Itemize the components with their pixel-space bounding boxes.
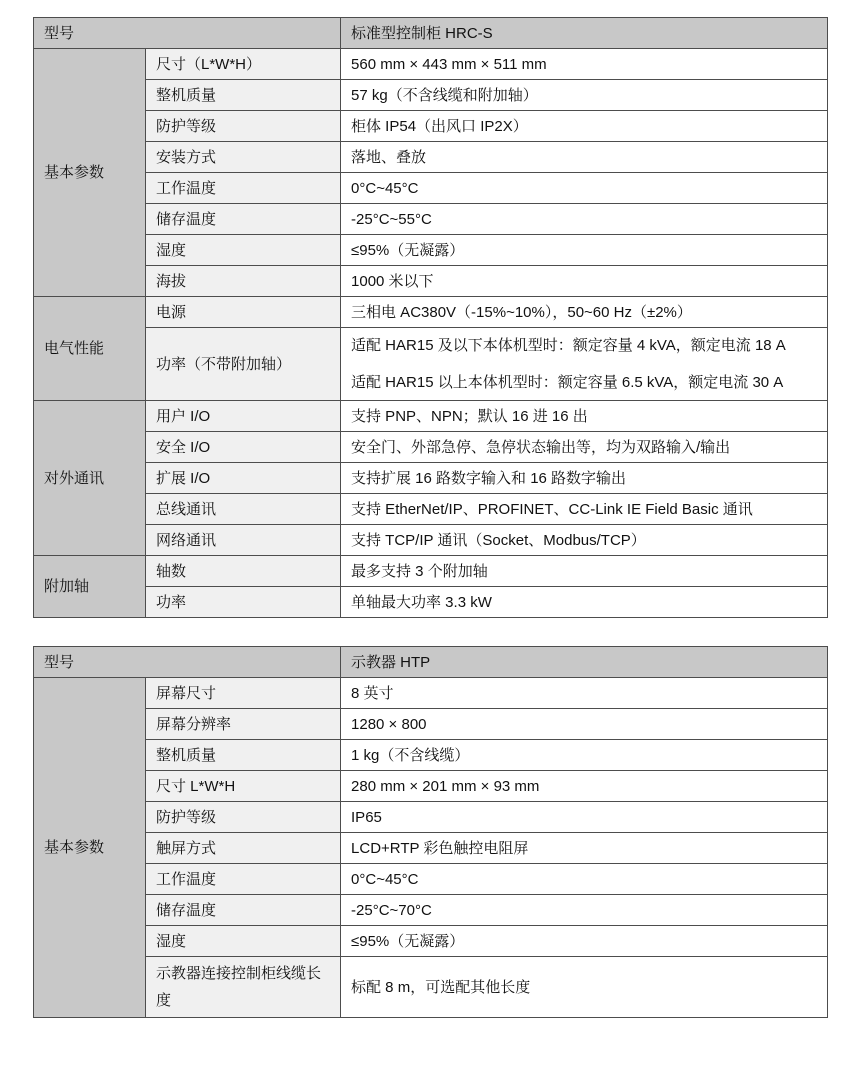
param-value: LCD+RTP 彩色触控电阻屏 [341, 833, 828, 864]
table-row: 电气性能电源三相电 AC380V（-15%~10%），50~60 Hz（±2%） [34, 297, 828, 328]
param-label: 工作温度 [146, 864, 341, 895]
param-value: ≤95%（无凝露） [341, 926, 828, 957]
param-label: 尺寸 L*W*H [146, 771, 341, 802]
table-row: 工作温度0°C~45°C [34, 864, 828, 895]
param-label: 工作温度 [146, 173, 341, 204]
param-value: 57 kg（不含线缆和附加轴） [341, 80, 828, 111]
model-header-label: 型号 [34, 647, 341, 678]
param-value: 1 kg（不含线缆） [341, 740, 828, 771]
table-row: 功率单轴最大功率 3.3 kW [34, 587, 828, 618]
spec-tables: 型号标准型控制柜 HRC-S基本参数尺寸（L*W*H）560 mm × 443 … [33, 17, 827, 1018]
table-row: 工作温度0°C~45°C [34, 173, 828, 204]
param-value: 标配 8 m，可选配其他长度 [341, 957, 828, 1018]
spec-document-page: 型号标准型控制柜 HRC-S基本参数尺寸（L*W*H）560 mm × 443 … [0, 0, 860, 1018]
table-row: 功率（不带附加轴）适配 HAR15 及以下本体机型时：额定容量 4 kVA，额定… [34, 328, 828, 401]
param-value: 支持扩展 16 路数字输入和 16 路数字输出 [341, 463, 828, 494]
param-value: 0°C~45°C [341, 173, 828, 204]
table-row: 网络通讯支持 TCP/IP 通讯（Socket、Modbus/TCP） [34, 525, 828, 556]
model-header-label: 型号 [34, 18, 341, 49]
param-value: 单轴最大功率 3.3 kW [341, 587, 828, 618]
param-value: 支持 PNP、NPN；默认 16 进 16 出 [341, 401, 828, 432]
group-label: 基本参数 [34, 49, 146, 297]
spec-table-1: 型号标准型控制柜 HRC-S基本参数尺寸（L*W*H）560 mm × 443 … [33, 17, 828, 618]
table-row: 储存温度-25°C~70°C [34, 895, 828, 926]
param-label: 湿度 [146, 926, 341, 957]
param-value: IP65 [341, 802, 828, 833]
param-label: 整机质量 [146, 80, 341, 111]
param-value: 1280 × 800 [341, 709, 828, 740]
param-value: 柜体 IP54（出风口 IP2X） [341, 111, 828, 142]
table-row: 防护等级IP65 [34, 802, 828, 833]
table-row: 附加轴轴数最多支持 3 个附加轴 [34, 556, 828, 587]
table-row: 湿度≤95%（无凝露） [34, 235, 828, 266]
param-label: 安全 I/O [146, 432, 341, 463]
table-row: 扩展 I/O支持扩展 16 路数字输入和 16 路数字输出 [34, 463, 828, 494]
param-value: 支持 EtherNet/IP、PROFINET、CC-Link IE Field… [341, 494, 828, 525]
param-label: 功率（不带附加轴） [146, 328, 341, 401]
table-row: 对外通讯用户 I/O支持 PNP、NPN；默认 16 进 16 出 [34, 401, 828, 432]
table-row: 尺寸 L*W*H280 mm × 201 mm × 93 mm [34, 771, 828, 802]
spec-table-2: 型号示教器 HTP基本参数屏幕尺寸8 英寸屏幕分辨率1280 × 800整机质量… [33, 646, 828, 1018]
param-value: 适配 HAR15 及以下本体机型时：额定容量 4 kVA，额定电流 18 A适配… [341, 328, 828, 401]
param-label: 海拔 [146, 266, 341, 297]
param-value: 三相电 AC380V（-15%~10%），50~60 Hz（±2%） [341, 297, 828, 328]
table-row: 示教器连接控制柜线缆长度标配 8 m，可选配其他长度 [34, 957, 828, 1018]
param-value: 落地、叠放 [341, 142, 828, 173]
param-value: 8 英寸 [341, 678, 828, 709]
value-paragraph: 适配 HAR15 及以下本体机型时：额定容量 4 kVA，额定电流 18 A [351, 331, 817, 360]
param-value: 安全门、外部急停、急停状态输出等，均为双路输入/输出 [341, 432, 828, 463]
table-row: 储存温度-25°C~55°C [34, 204, 828, 235]
table-row: 触屏方式LCD+RTP 彩色触控电阻屏 [34, 833, 828, 864]
param-label: 网络通讯 [146, 525, 341, 556]
table-row: 防护等级柜体 IP54（出风口 IP2X） [34, 111, 828, 142]
value-paragraph: 适配 HAR15 以上本体机型时：额定容量 6.5 kVA，额定电流 30 A [351, 368, 817, 397]
param-label: 电源 [146, 297, 341, 328]
table-row: 基本参数尺寸（L*W*H）560 mm × 443 mm × 511 mm [34, 49, 828, 80]
param-value: 280 mm × 201 mm × 93 mm [341, 771, 828, 802]
group-label: 对外通讯 [34, 401, 146, 556]
table-header-row: 型号标准型控制柜 HRC-S [34, 18, 828, 49]
param-label: 屏幕分辨率 [146, 709, 341, 740]
group-label: 电气性能 [34, 297, 146, 401]
table-row: 整机质量1 kg（不含线缆） [34, 740, 828, 771]
param-value: 0°C~45°C [341, 864, 828, 895]
param-value: ≤95%（无凝露） [341, 235, 828, 266]
param-label: 防护等级 [146, 111, 341, 142]
param-label: 湿度 [146, 235, 341, 266]
model-header-value: 标准型控制柜 HRC-S [341, 18, 828, 49]
param-label: 屏幕尺寸 [146, 678, 341, 709]
param-label: 整机质量 [146, 740, 341, 771]
param-value: 支持 TCP/IP 通讯（Socket、Modbus/TCP） [341, 525, 828, 556]
table-row: 屏幕分辨率1280 × 800 [34, 709, 828, 740]
param-value: -25°C~70°C [341, 895, 828, 926]
param-label: 防护等级 [146, 802, 341, 833]
param-label: 触屏方式 [146, 833, 341, 864]
param-label: 功率 [146, 587, 341, 618]
param-value: 1000 米以下 [341, 266, 828, 297]
param-label: 安装方式 [146, 142, 341, 173]
param-label: 用户 I/O [146, 401, 341, 432]
table-row: 安装方式落地、叠放 [34, 142, 828, 173]
group-label: 基本参数 [34, 678, 146, 1018]
table-row: 基本参数屏幕尺寸8 英寸 [34, 678, 828, 709]
param-label: 示教器连接控制柜线缆长度 [146, 957, 341, 1018]
table-row: 整机质量57 kg（不含线缆和附加轴） [34, 80, 828, 111]
table-row: 湿度≤95%（无凝露） [34, 926, 828, 957]
table-row: 海拔1000 米以下 [34, 266, 828, 297]
table-row: 总线通讯支持 EtherNet/IP、PROFINET、CC-Link IE F… [34, 494, 828, 525]
param-value: 最多支持 3 个附加轴 [341, 556, 828, 587]
param-value: -25°C~55°C [341, 204, 828, 235]
param-label: 总线通讯 [146, 494, 341, 525]
param-label: 扩展 I/O [146, 463, 341, 494]
group-label: 附加轴 [34, 556, 146, 618]
table-row: 安全 I/O安全门、外部急停、急停状态输出等，均为双路输入/输出 [34, 432, 828, 463]
param-label: 轴数 [146, 556, 341, 587]
param-label: 储存温度 [146, 204, 341, 235]
param-label: 储存温度 [146, 895, 341, 926]
param-value: 560 mm × 443 mm × 511 mm [341, 49, 828, 80]
table-header-row: 型号示教器 HTP [34, 647, 828, 678]
param-label: 尺寸（L*W*H） [146, 49, 341, 80]
model-header-value: 示教器 HTP [341, 647, 828, 678]
